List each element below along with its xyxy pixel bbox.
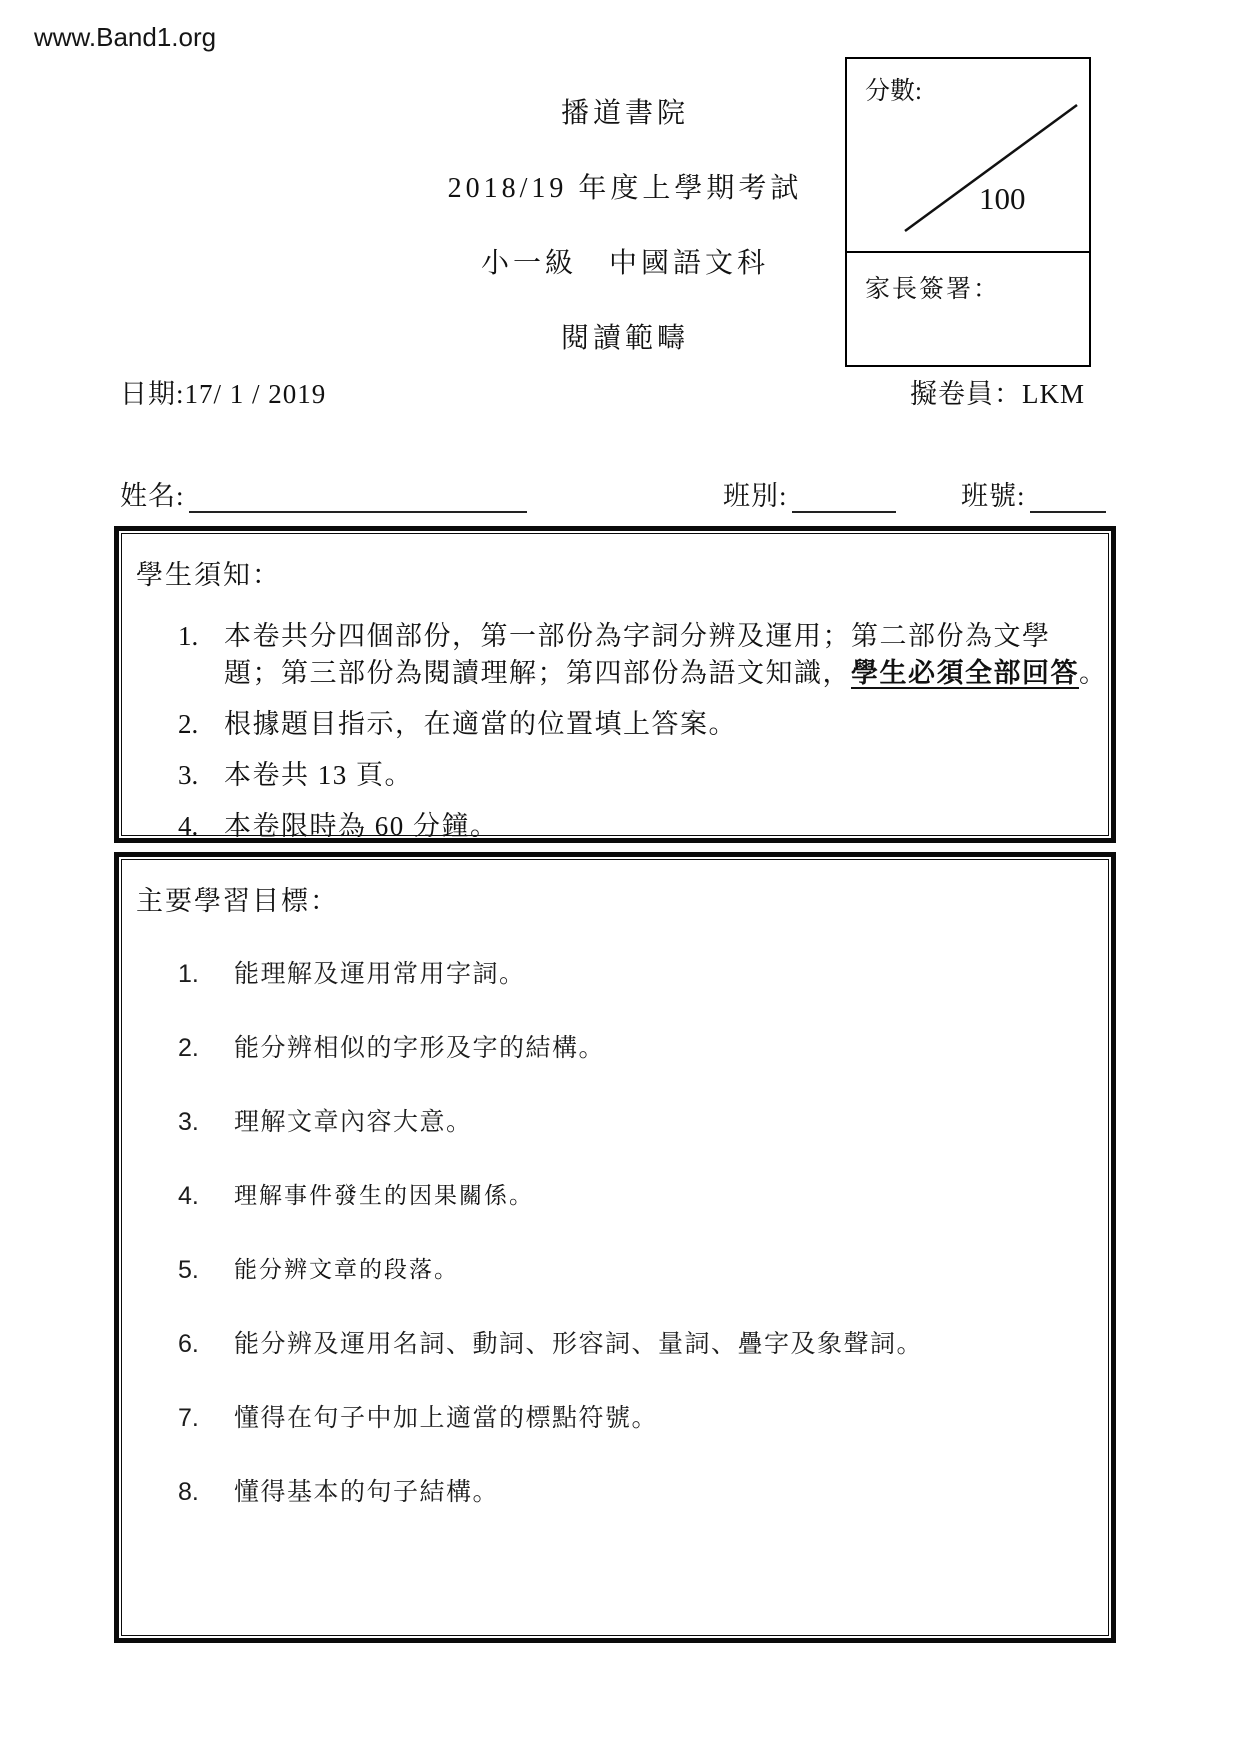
class-blank-line	[792, 483, 896, 513]
objective-number: 8.	[178, 1476, 234, 1508]
setter-value: LKM	[1022, 379, 1085, 409]
date-label: 日期:	[120, 379, 185, 409]
objective-number: 6.	[178, 1328, 234, 1360]
objective-text: 能理解及運用常用字詞。	[234, 958, 526, 990]
objective-item: 5. 能分辨文章的段落。	[178, 1254, 1098, 1286]
score-cell: 分數: 100	[847, 59, 1089, 253]
score-box: 分數: 100 家長簽署：	[845, 57, 1091, 367]
objective-text: 懂得在句子中加上適當的標點符號。	[234, 1402, 658, 1434]
objective-text: 理解文章內容大意。	[234, 1106, 473, 1138]
objectives-list: 1. 能理解及運用常用字詞。 2. 能分辨相似的字形及字的結構。 3. 理解文章…	[178, 958, 1098, 1508]
student-instructions-inner: 學生須知： 1. 本卷共分四個部份，第一部份為字詞分辨及運用；第二部份為文學 題…	[121, 533, 1109, 836]
instructions-title: 學生須知：	[136, 558, 1098, 592]
learning-objectives-inner: 主要學習目標： 1. 能理解及運用常用字詞。 2. 能分辨相似的字形及字的結構。…	[121, 859, 1109, 1636]
instruction-item: 1. 本卷共分四個部份，第一部份為字詞分辨及運用；第二部份為文學 題；第三部份為…	[178, 618, 1098, 692]
objective-item: 1. 能理解及運用常用字詞。	[178, 958, 1098, 990]
objective-text: 懂得基本的句子結構。	[234, 1476, 499, 1508]
objective-text: 能分辨相似的字形及字的結構。	[234, 1032, 605, 1064]
objective-number: 2.	[178, 1032, 234, 1064]
setter-label: 擬卷員：	[910, 379, 1022, 409]
class-number-label: 班號:	[961, 481, 1026, 511]
objective-item: 6. 能分辨及運用名詞、動詞、形容詞、量詞、疊字及象聲詞。	[178, 1328, 1098, 1360]
student-instructions-box: 學生須知： 1. 本卷共分四個部份，第一部份為字詞分辨及運用；第二部份為文學 題…	[114, 526, 1116, 843]
class-label: 班別:	[723, 481, 788, 511]
instruction-text: 本卷限時為 60 分鐘。	[224, 808, 499, 845]
parent-signature-cell: 家長簽署：	[847, 253, 1089, 365]
objective-item: 3. 理解文章內容大意。	[178, 1106, 1098, 1138]
instructions-list: 1. 本卷共分四個部份，第一部份為字詞分辨及運用；第二部份為文學 題；第三部份為…	[178, 618, 1098, 845]
objective-item: 7. 懂得在句子中加上適當的標點符號。	[178, 1402, 1098, 1434]
instruction-item: 3. 本卷共 13 頁。	[178, 757, 1098, 794]
instruction-text-line2: 題；第三部份為閱讀理解；第四部份為語文知識，學生必須全部回答。	[224, 655, 1108, 692]
instruction-number: 2.	[178, 706, 224, 743]
objective-text: 理解事件發生的因果關係。	[234, 1180, 534, 1212]
class-field: 班別:	[723, 474, 896, 513]
name-label: 姓名:	[120, 481, 185, 511]
instruction-text-line1: 本卷共分四個部份，第一部份為字詞分辨及運用；第二部份為文學	[224, 618, 1108, 655]
objective-item: 4. 理解事件發生的因果關係。	[178, 1180, 1098, 1212]
date-value: 17/ 1 / 2019	[185, 379, 327, 409]
instruction-text: 根據題目指示，在適當的位置填上答案。	[224, 706, 737, 743]
instruction-text: 本卷共分四個部份，第一部份為字詞分辨及運用；第二部份為文學 題；第三部份為閱讀理…	[224, 618, 1108, 692]
score-fraction-line	[847, 59, 1089, 251]
objective-item: 8. 懂得基本的句子結構。	[178, 1476, 1098, 1508]
date-field: 日期:17/ 1 / 2019	[120, 372, 326, 411]
instruction-item: 2. 根據題目指示，在適當的位置填上答案。	[178, 706, 1098, 743]
score-total: 100	[979, 181, 1026, 217]
objective-number: 4.	[178, 1180, 234, 1212]
objective-text: 能分辨文章的段落。	[234, 1254, 459, 1286]
name-blank-line	[189, 483, 527, 513]
objective-item: 2. 能分辨相似的字形及字的結構。	[178, 1032, 1098, 1064]
instruction-number: 1.	[178, 618, 224, 692]
objective-number: 5.	[178, 1254, 234, 1286]
paper-setter-field: 擬卷員：LKM	[910, 372, 1085, 411]
instruction-emphasis: 學生必須全部回答	[851, 658, 1079, 688]
objective-number: 1.	[178, 958, 234, 990]
watermark-url: www.Band1.org	[34, 22, 216, 53]
learning-objectives-box: 主要學習目標： 1. 能理解及運用常用字詞。 2. 能分辨相似的字形及字的結構。…	[114, 852, 1116, 1643]
instruction-item: 4. 本卷限時為 60 分鐘。	[178, 808, 1098, 845]
instruction-text-suffix: 。	[1079, 658, 1108, 688]
instruction-number: 3.	[178, 757, 224, 794]
parent-signature-label: 家長簽署：	[865, 269, 1000, 305]
objectives-title: 主要學習目標：	[136, 884, 1098, 918]
class-number-field: 班號:	[961, 474, 1106, 513]
objective-number: 3.	[178, 1106, 234, 1138]
instruction-text-line2-prefix: 題；第三部份為閱讀理解；第四部份為語文知識，	[224, 658, 851, 688]
class-number-blank-line	[1030, 483, 1106, 513]
objective-number: 7.	[178, 1402, 234, 1434]
instruction-number: 4.	[178, 808, 224, 845]
objective-text: 能分辨及運用名詞、動詞、形容詞、量詞、疊字及象聲詞。	[234, 1328, 923, 1360]
exam-cover-page: www.Band1.org 播道書院 2018/19 年度上學期考試 小一級 中…	[0, 0, 1240, 1754]
student-name-field: 姓名:	[120, 474, 527, 513]
instruction-text: 本卷共 13 頁。	[224, 757, 413, 794]
